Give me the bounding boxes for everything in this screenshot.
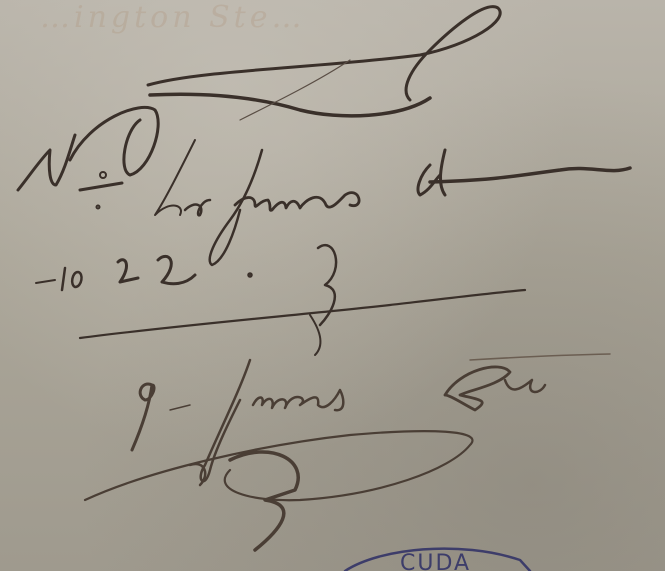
no-abbreviation xyxy=(18,107,158,208)
handwriting-layer xyxy=(0,0,665,571)
line1-address xyxy=(155,140,630,265)
year-line xyxy=(36,245,525,355)
top-flourish xyxy=(148,7,500,120)
stamp-text: CUDA xyxy=(400,551,471,571)
bottom-flourish xyxy=(85,431,472,550)
